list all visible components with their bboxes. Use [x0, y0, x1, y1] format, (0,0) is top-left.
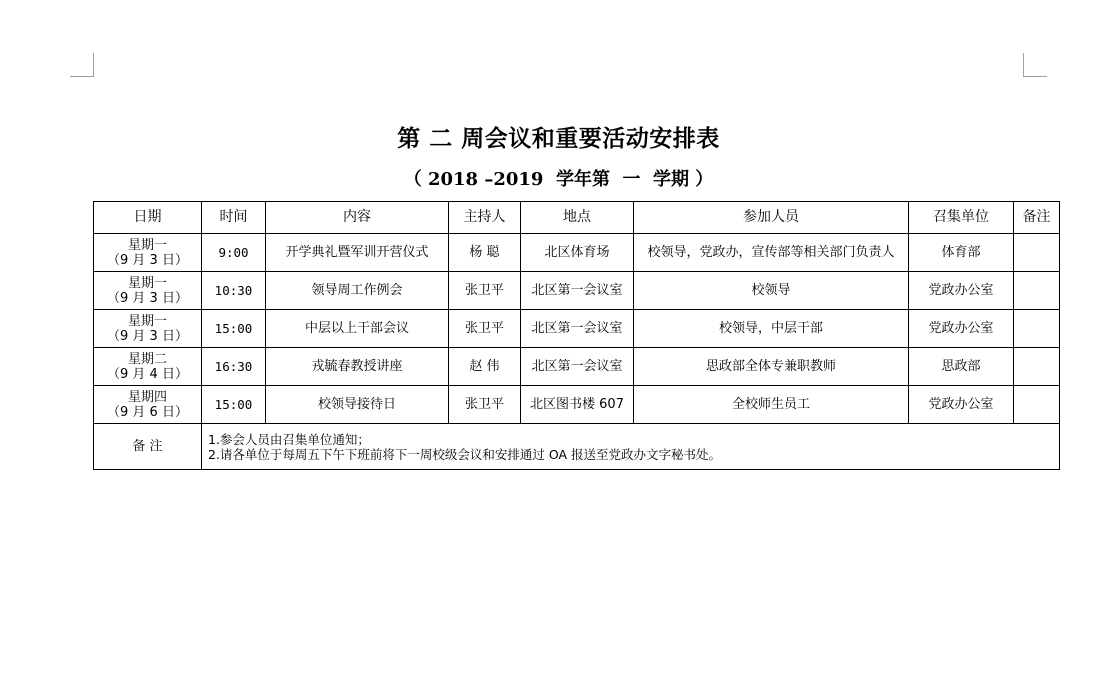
time-cell: 9:00: [202, 234, 266, 272]
location-cell: 北区第一会议室: [521, 272, 634, 310]
page-corner-mark-right: [1023, 53, 1047, 77]
host-cell: 张卫平: [449, 272, 521, 310]
attendees-cell: 全校师生员工: [634, 386, 909, 424]
weekday: 星期四: [96, 390, 199, 405]
date-cell: 星期一 （9 月 3 日）: [94, 310, 202, 348]
date-cell: 星期一 （9 月 3 日）: [94, 272, 202, 310]
date-cell: 星期二 （9 月 4 日）: [94, 348, 202, 386]
date: （9 月 3 日）: [96, 253, 199, 268]
note-line-1: 1.参会人员由召集单位通知；: [208, 432, 1057, 447]
date: （9 月 3 日）: [96, 291, 199, 306]
header-host: 主持人: [449, 202, 521, 234]
location-cell: 北区第一会议室: [521, 310, 634, 348]
content-cell: 校领导接待日: [266, 386, 449, 424]
header-time: 时间: [202, 202, 266, 234]
attendees-cell: 思政部全体专兼职教师: [634, 348, 909, 386]
organizer-cell: 体育部: [909, 234, 1014, 272]
weekday: 星期一: [96, 238, 199, 253]
time-cell: 10:30: [202, 272, 266, 310]
weekday: 星期一: [96, 276, 199, 291]
time-cell: 16:30: [202, 348, 266, 386]
attendees-cell: 校领导，中层干部: [634, 310, 909, 348]
header-content: 内容: [266, 202, 449, 234]
time-cell: 15:00: [202, 386, 266, 424]
remark-cell: [1014, 272, 1060, 310]
table-row: 星期四 （9 月 6 日） 15:00 校领导接待日 张卫平 北区图书楼 607…: [94, 386, 1060, 424]
header-organizer: 召集单位: [909, 202, 1014, 234]
date-cell: 星期四 （9 月 6 日）: [94, 386, 202, 424]
location-cell: 北区图书楼 607: [521, 386, 634, 424]
document-title: 第 二 周会议和重要活动安排表: [0, 120, 1117, 153]
location-cell: 北区体育场: [521, 234, 634, 272]
table-row: 星期一 （9 月 3 日） 9:00 开学典礼暨军训开营仪式 杨 聪 北区体育场…: [94, 234, 1060, 272]
host-cell: 赵 伟: [449, 348, 521, 386]
content-cell: 开学典礼暨军训开营仪式: [266, 234, 449, 272]
date-cell: 星期一 （9 月 3 日）: [94, 234, 202, 272]
note-line-2: 2.请各单位于每周五下午下班前将下一周校级会议和安排通过 OA 报送至党政办文字…: [208, 447, 1057, 462]
notes-content: 1.参会人员由召集单位通知； 2.请各单位于每周五下午下班前将下一周校级会议和安…: [202, 424, 1060, 470]
weekday: 星期二: [96, 352, 199, 367]
header-attendees: 参加人员: [634, 202, 909, 234]
table-row: 星期二 （9 月 4 日） 16:30 戎毓春教授讲座 赵 伟 北区第一会议室 …: [94, 348, 1060, 386]
table-header-row: 日期 时间 内容 主持人 地点 参加人员 召集单位 备注: [94, 202, 1060, 234]
header-remark: 备注: [1014, 202, 1060, 234]
notes-row: 备 注 1.参会人员由召集单位通知； 2.请各单位于每周五下午下班前将下一周校级…: [94, 424, 1060, 470]
date: （9 月 3 日）: [96, 329, 199, 344]
table-row: 星期一 （9 月 3 日） 10:30 领导周工作例会 张卫平 北区第一会议室 …: [94, 272, 1060, 310]
table-row: 星期一 （9 月 3 日） 15:00 中层以上干部会议 张卫平 北区第一会议室…: [94, 310, 1060, 348]
remark-cell: [1014, 310, 1060, 348]
remark-cell: [1014, 386, 1060, 424]
remark-cell: [1014, 234, 1060, 272]
organizer-cell: 党政办公室: [909, 272, 1014, 310]
content-cell: 领导周工作例会: [266, 272, 449, 310]
notes-label: 备 注: [94, 424, 202, 470]
date: （9 月 4 日）: [96, 367, 199, 382]
document-subtitle: （ 2018 –2019 学年第 一 学期 ）: [0, 165, 1117, 191]
host-cell: 张卫平: [449, 386, 521, 424]
date: （9 月 6 日）: [96, 405, 199, 420]
organizer-cell: 思政部: [909, 348, 1014, 386]
schedule-table: 日期 时间 内容 主持人 地点 参加人员 召集单位 备注 星期一 （9 月 3 …: [93, 201, 1060, 470]
remark-cell: [1014, 348, 1060, 386]
page-corner-mark-left: [70, 53, 94, 77]
host-cell: 张卫平: [449, 310, 521, 348]
organizer-cell: 党政办公室: [909, 310, 1014, 348]
time-cell: 15:00: [202, 310, 266, 348]
host-cell: 杨 聪: [449, 234, 521, 272]
weekday: 星期一: [96, 314, 199, 329]
content-cell: 戎毓春教授讲座: [266, 348, 449, 386]
attendees-cell: 校领导: [634, 272, 909, 310]
location-cell: 北区第一会议室: [521, 348, 634, 386]
header-date: 日期: [94, 202, 202, 234]
organizer-cell: 党政办公室: [909, 386, 1014, 424]
header-location: 地点: [521, 202, 634, 234]
attendees-cell: 校领导，党政办，宣传部等相关部门负责人: [634, 234, 909, 272]
content-cell: 中层以上干部会议: [266, 310, 449, 348]
